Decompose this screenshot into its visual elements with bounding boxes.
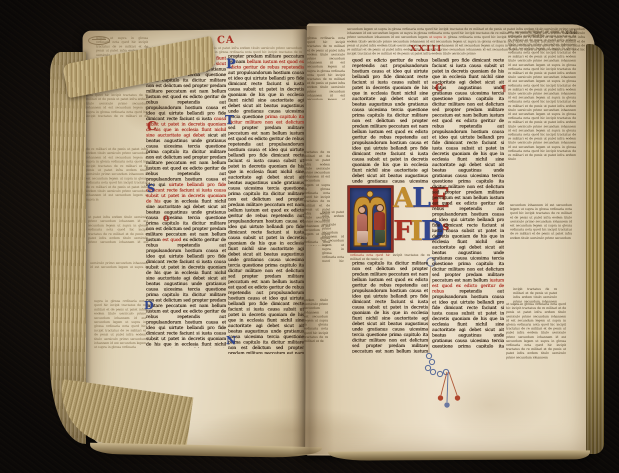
display-letter-i: I: [410, 217, 421, 247]
right-margin-gloss-2: secundum iohannem id est secundum legem …: [510, 203, 572, 243]
left-margin-note-2: nota quod hic incipit tractatus de re mi…: [86, 93, 148, 119]
initial-p: P: [226, 58, 236, 71]
miniature-caption-gloss: ordinaria nota quod hic incipit tractatu…: [350, 253, 430, 260]
initial-c: C: [147, 120, 157, 132]
miniature-figure-left: [356, 206, 368, 243]
initial-c: C: [435, 84, 443, 94]
right-col2: bellandi pro fide dimicant recte faciunt…: [432, 58, 504, 348]
figure-cloak: [374, 212, 385, 230]
initial-n: N: [226, 335, 236, 346]
initial-s: S: [147, 183, 155, 194]
right-margin-gloss-1: est secundum legem ut supra in glossa or…: [508, 30, 576, 170]
display-letters-alefids: ALEFIDs: [393, 184, 431, 250]
figure-robe: [357, 214, 367, 231]
running-header-left: CA: [217, 35, 235, 47]
initial-o: O: [163, 215, 169, 222]
miniature-figure-right: [373, 204, 386, 243]
right-gutter-gloss-1: glossa ordinaria nota quod hic incipit t…: [307, 36, 345, 100]
left-col2: propter predam militare peccatum est nam…: [228, 54, 304, 354]
display-letter-row: ALE: [393, 184, 431, 217]
book-right-edge: [586, 44, 604, 454]
display-letter-l: L: [412, 184, 429, 214]
left-margin-note-3: de re militari et de penis ut patet infr…: [86, 147, 148, 201]
initial-d: D: [144, 300, 154, 311]
figure-skirt: [357, 231, 368, 243]
right-col1-upper: quod ex edicto geritur de rebus repetend…: [352, 58, 428, 184]
illuminated-initial-miniature: [348, 186, 393, 252]
left-margin-note-4: ut patet infra eodem titulo uersiculo pr…: [88, 215, 148, 245]
left-margin-note-5: uersiculo primo secundum iohannem id est…: [90, 261, 148, 270]
display-letter-f: F: [393, 217, 410, 247]
right-gutter-gloss-3: penis ut patet infra eodem titulo uersic…: [322, 210, 344, 262]
figure-skirt: [375, 230, 385, 243]
page-bottom-edge: [328, 450, 590, 460]
right-gutter-gloss-4: eodem titulo uersiculo primo secundum io…: [304, 298, 328, 344]
display-letter-a: A: [393, 184, 412, 214]
figure-head: [376, 204, 384, 212]
right-col1-lower: prima capitulo ita dicitur militare non …: [352, 261, 428, 353]
figure-head: [358, 206, 366, 214]
display-letter-row: FIDs: [393, 217, 431, 250]
initial-t: T: [225, 114, 234, 126]
manuscript-photograph: CA XXIII xxb ALEFIDs: [0, 0, 619, 473]
left-margin-note-6: supra in glossa ordinaria nota quod hic …: [94, 299, 146, 349]
right-margin-gloss-4: ut supra in glossa ordinaria nota quod h…: [506, 302, 566, 360]
initial-¶: ¶: [501, 84, 506, 92]
left-col1: quoniam de his que in ecclesia fiunt nic…: [146, 56, 226, 348]
